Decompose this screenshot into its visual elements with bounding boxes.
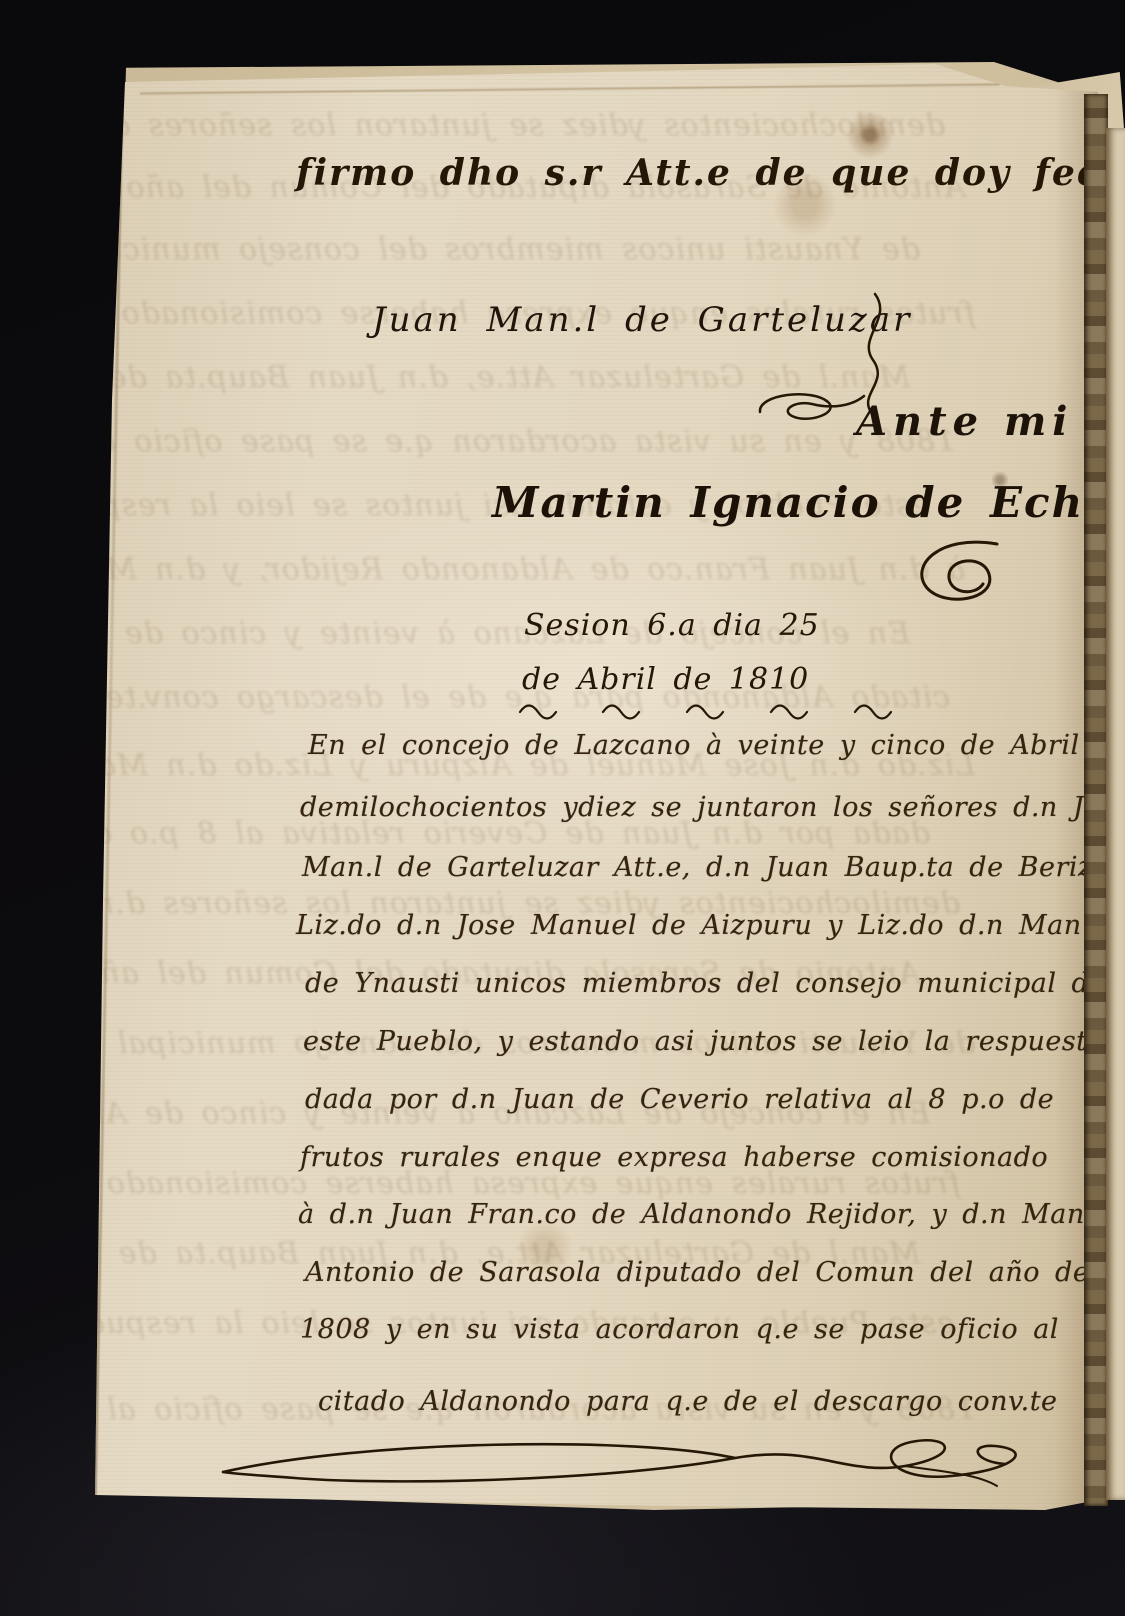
date-underline-flourish-icon: [515, 698, 935, 722]
body-line: este Pueblo, y estando asi juntos se lei…: [303, 1026, 1104, 1057]
body-line: En el concejo de Lazcano à veinte y cinc…: [308, 730, 1080, 761]
body-line: de Ynausti unicos miembros del consejo m…: [305, 968, 1106, 999]
session-heading-line2: de Abril de 1810: [522, 662, 809, 697]
session-heading-line1: Sesion 6.a dia 25: [524, 608, 820, 643]
garteluzar-signature: Juan Man.l de Garteluzar: [372, 300, 912, 340]
body-line: citado Aldanondo para q.e de el descargo…: [318, 1386, 1058, 1417]
body-line: Antonio de Sarasola diputado del Comun d…: [305, 1257, 1089, 1288]
adjacent-page-edge: [1106, 128, 1125, 1500]
ink-layer: firmo dho s.r Att.e de que doy fee Juan …: [0, 0, 1125, 1616]
body-line: frutos rurales enque expresa haberse com…: [300, 1142, 1048, 1173]
manuscript-scan-stage: demilochocientos ydiez se juntaron los s…: [0, 0, 1125, 1616]
echarri-rubric-icon: [905, 536, 1015, 608]
body-line: demilochocientos ydiez se juntaron los s…: [300, 792, 1125, 823]
body-line: Man.l de Garteluzar Att.e, d.n Juan Baup…: [302, 852, 1125, 883]
body-line: à d.n Juan Fran.co de Aldanondo Rejidor,…: [298, 1199, 1125, 1230]
body-line: dada por d.n Juan de Ceverio relativa al…: [305, 1084, 1054, 1115]
body-line: 1808 y en su vista acordaron q.e se pase…: [300, 1314, 1059, 1345]
body-line: Liz.do d.n Jose Manuel de Aizpuru y Liz.…: [296, 910, 1125, 941]
closing-flourish-icon: [215, 1428, 1005, 1498]
manuscript-page: demilochocientos ydiez se juntaron los s…: [0, 0, 1125, 1616]
ante-mi-label: Ante mi: [856, 398, 1074, 445]
book-binding: [1084, 94, 1108, 1506]
attestation-line: firmo dho s.r Att.e de que doy fee: [296, 152, 1102, 194]
ante-mi-rubric-icon: [752, 382, 872, 432]
echarri-signature: Martin Ignacio de Echarri: [492, 478, 1125, 527]
